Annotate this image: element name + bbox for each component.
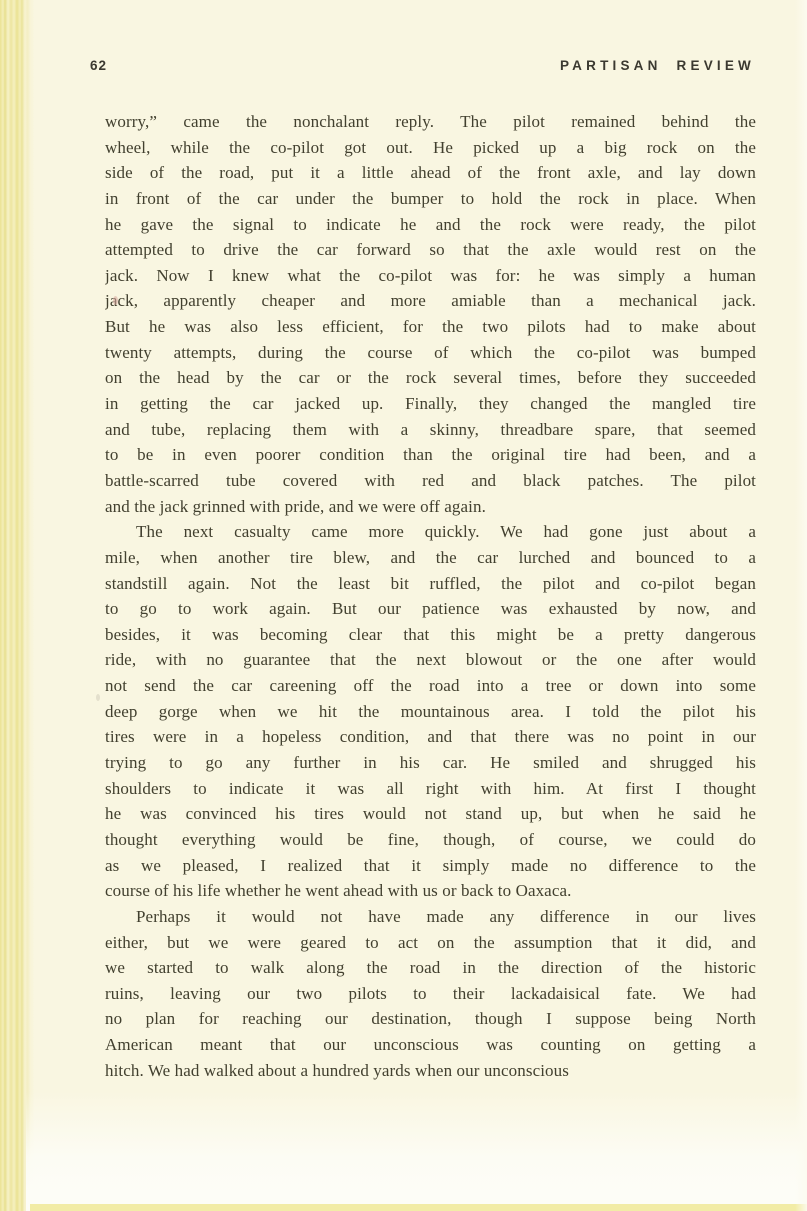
text-line: to be in even poorer condition than the … [105,442,756,468]
scan-speck [113,296,118,305]
bottom-paper-fade [26,1091,807,1211]
journal-title: PARTISAN REVIEW [560,58,755,73]
text-line: jack, apparently cheaper and more amiabl… [105,288,756,314]
text-line: trying to go any further in his car. He … [105,750,756,776]
running-header: 62 PARTISAN REVIEW [90,58,755,73]
text-line: in front of the car under the bumper to … [105,186,756,212]
text-line: attempted to drive the car forward so th… [105,237,756,263]
paragraph: worry,” came the nonchalant reply. The p… [105,109,756,519]
text-line: Perhaps it would not have made any diffe… [105,904,756,930]
text-line: standstill again. Not the least bit ruff… [105,571,756,597]
text-line: hitch. We had walked about a hundred yar… [105,1058,756,1084]
text-line: deep gorge when we hit the mountainous a… [105,699,756,725]
text-line: twenty attempts, during the course of wh… [105,340,756,366]
scanned-book-page: 62 PARTISAN REVIEW worry,” came the nonc… [0,0,807,1211]
text-line: thought everything would be fine, though… [105,827,756,853]
text-line: he gave the signal to indicate he and th… [105,212,756,238]
text-line: side of the road, put it a little ahead … [105,160,756,186]
paragraph: The next casualty came more quickly. We … [105,519,756,904]
text-line: either, but we were geared to act on the… [105,930,756,956]
text-line: not send the car careening off the road … [105,673,756,699]
paragraph: Perhaps it would not have made any diffe… [105,904,756,1083]
text-line: shoulders to indicate it was all right w… [105,776,756,802]
text-line: mile, when another tire blew, and the ca… [105,545,756,571]
text-line: But he was also less efficient, for the … [105,314,756,340]
text-line: worry,” came the nonchalant reply. The p… [105,109,756,135]
text-line: and tube, replacing them with a skinny, … [105,417,756,443]
text-line: The next casualty came more quickly. We … [105,519,756,545]
text-line: besides, it was becoming clear that this… [105,622,756,648]
page-number: 62 [90,58,107,73]
text-line: American meant that our unconscious was … [105,1032,756,1058]
text-line: course of his life whether he went ahead… [105,878,756,904]
text-line: we started to walk along the road in the… [105,955,756,981]
text-line: he was convinced his tires would not sta… [105,801,756,827]
text-line: battle-scarred tube covered with red and… [105,468,756,494]
right-page-edge [795,0,807,1211]
text-line: ride, with no guarantee that the next bl… [105,647,756,673]
text-line: ruins, leaving our two pilots to their l… [105,981,756,1007]
text-line: on the head by the car or the rock sever… [105,365,756,391]
text-line: tires were in a hopeless condition, and … [105,724,756,750]
body-text: worry,” came the nonchalant reply. The p… [105,109,756,1083]
text-line: to go to work again. But our patience wa… [105,596,756,622]
page-edges-decoration [0,0,34,1211]
text-line: jack. Now I knew what the co-pilot was f… [105,263,756,289]
text-line: as we pleased, I realized that it simply… [105,853,756,879]
text-line: no plan for reaching our destination, th… [105,1006,756,1032]
text-line: and the jack grinned with pride, and we … [105,494,756,520]
text-line: in getting the car jacked up. Finally, t… [105,391,756,417]
scan-speck [96,694,100,701]
text-line: wheel, while the co-pilot got out. He pi… [105,135,756,161]
bottom-page-edge [30,1204,807,1211]
